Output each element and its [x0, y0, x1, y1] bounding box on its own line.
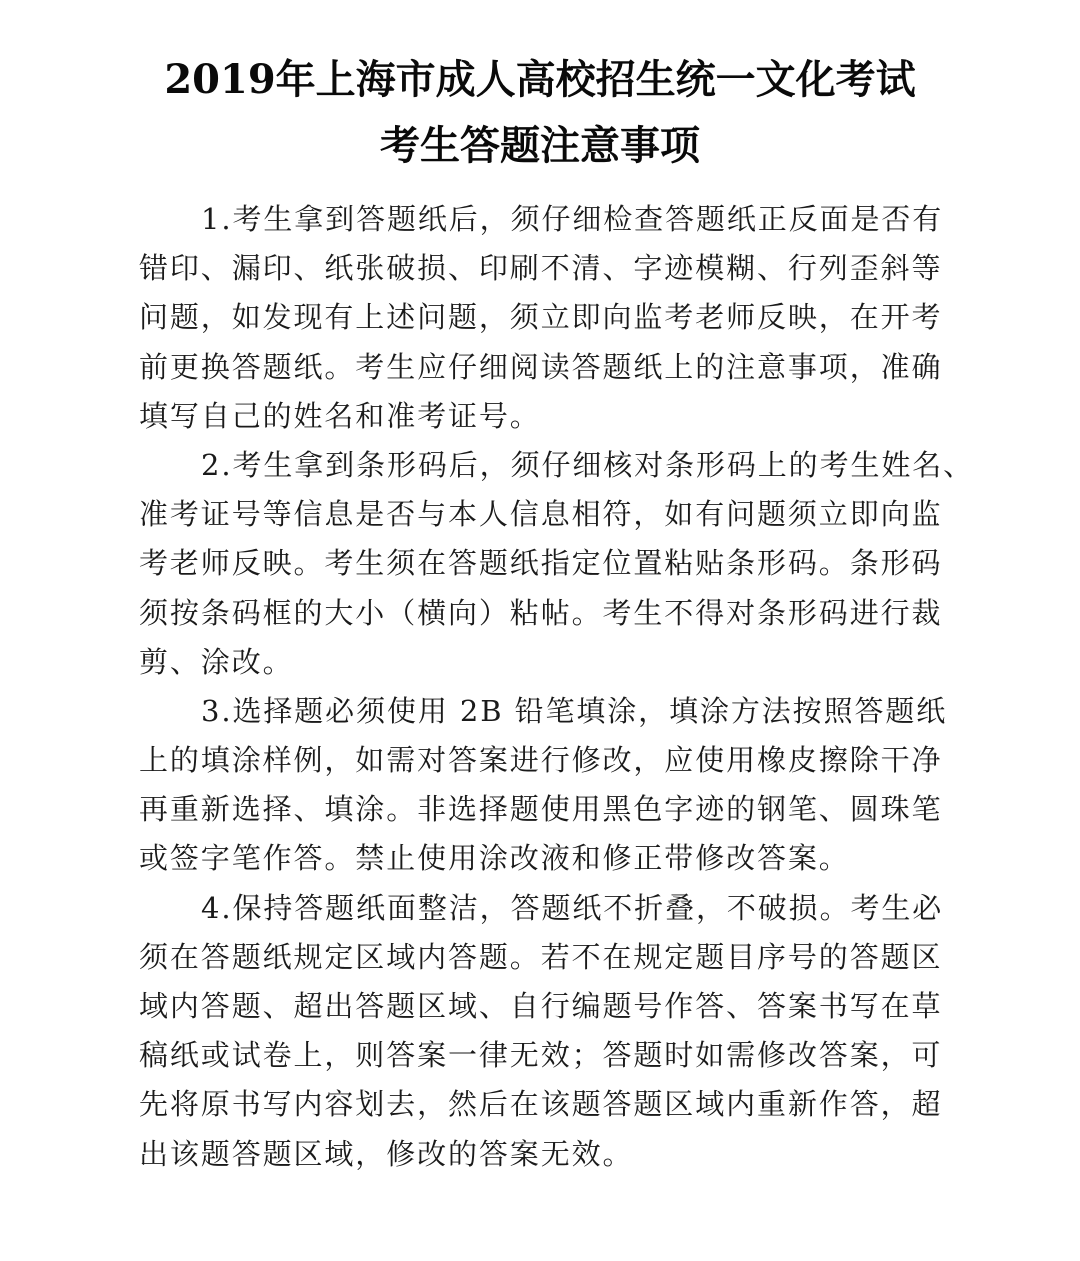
text-line: 考老师反映。考生须在答题纸指定位置粘贴条形码。条形码	[139, 539, 939, 588]
text-line: 出该题答题区域，修改的答案无效。	[139, 1130, 939, 1179]
text-line: 问题，如发现有上述问题，须立即向监考老师反映，在开考	[139, 293, 939, 342]
notice-item-3: 3.选择题必须使用 2B 铅笔填涂，填涂方法按照答题纸 上的填涂样例，如需对答案…	[139, 687, 939, 884]
title-line-2: 考生答题注意事项	[0, 118, 1080, 174]
text-line: 再重新选择、填涂。非选择题使用黑色字迹的钢笔、圆珠笔	[139, 785, 939, 834]
text-line: 准考证号等信息是否与本人信息相符，如有问题须立即向监	[139, 490, 939, 539]
text-line: 上的填涂样例，如需对答案进行修改，应使用橡皮擦除干净	[139, 736, 939, 785]
text-line: 3.选择题必须使用 2B 铅笔填涂，填涂方法按照答题纸	[139, 687, 939, 736]
text-line: 2.考生拿到条形码后，须仔细核对条形码上的考生姓名、	[139, 441, 939, 490]
text-line: 1.考生拿到答题纸后，须仔细检查答题纸正反面是否有	[139, 195, 939, 244]
text-line: 4.保持答题纸面整洁，答题纸不折叠，不破损。考生必	[139, 884, 939, 933]
text-line: 稿纸或试卷上，则答案一律无效；答题时如需修改答案，可	[139, 1031, 939, 1080]
notice-item-1: 1.考生拿到答题纸后，须仔细检查答题纸正反面是否有 错印、漏印、纸张破损、印刷不…	[139, 195, 939, 441]
text-line: 域内答题、超出答题区域、自行编题号作答、答案书写在草	[139, 982, 939, 1031]
title-line-1: 2019年上海市成人高校招生统一文化考试	[0, 52, 1080, 108]
text-line: 错印、漏印、纸张破损、印刷不清、字迹模糊、行列歪斜等	[139, 244, 939, 293]
notice-item-2: 2.考生拿到条形码后，须仔细核对条形码上的考生姓名、 准考证号等信息是否与本人信…	[139, 441, 939, 687]
text-line: 前更换答题纸。考生应仔细阅读答题纸上的注意事项，准确	[139, 343, 939, 392]
text-line: 填写自己的姓名和准考证号。	[139, 392, 939, 441]
text-line: 或签字笔作答。禁止使用涂改液和修正带修改答案。	[139, 834, 939, 883]
text-line: 须在答题纸规定区域内答题。若不在规定题目序号的答题区	[139, 933, 939, 982]
text-line: 先将原书写内容划去，然后在该题答题区域内重新作答，超	[139, 1080, 939, 1129]
notice-item-4: 4.保持答题纸面整洁，答题纸不折叠，不破损。考生必 须在答题纸规定区域内答题。若…	[139, 884, 939, 1179]
notice-body: 1.考生拿到答题纸后，须仔细检查答题纸正反面是否有 错印、漏印、纸张破损、印刷不…	[139, 195, 939, 1179]
text-line: 须按条码框的大小（横向）粘帖。考生不得对条形码进行裁	[139, 589, 939, 638]
text-line: 剪、涂改。	[139, 638, 939, 687]
